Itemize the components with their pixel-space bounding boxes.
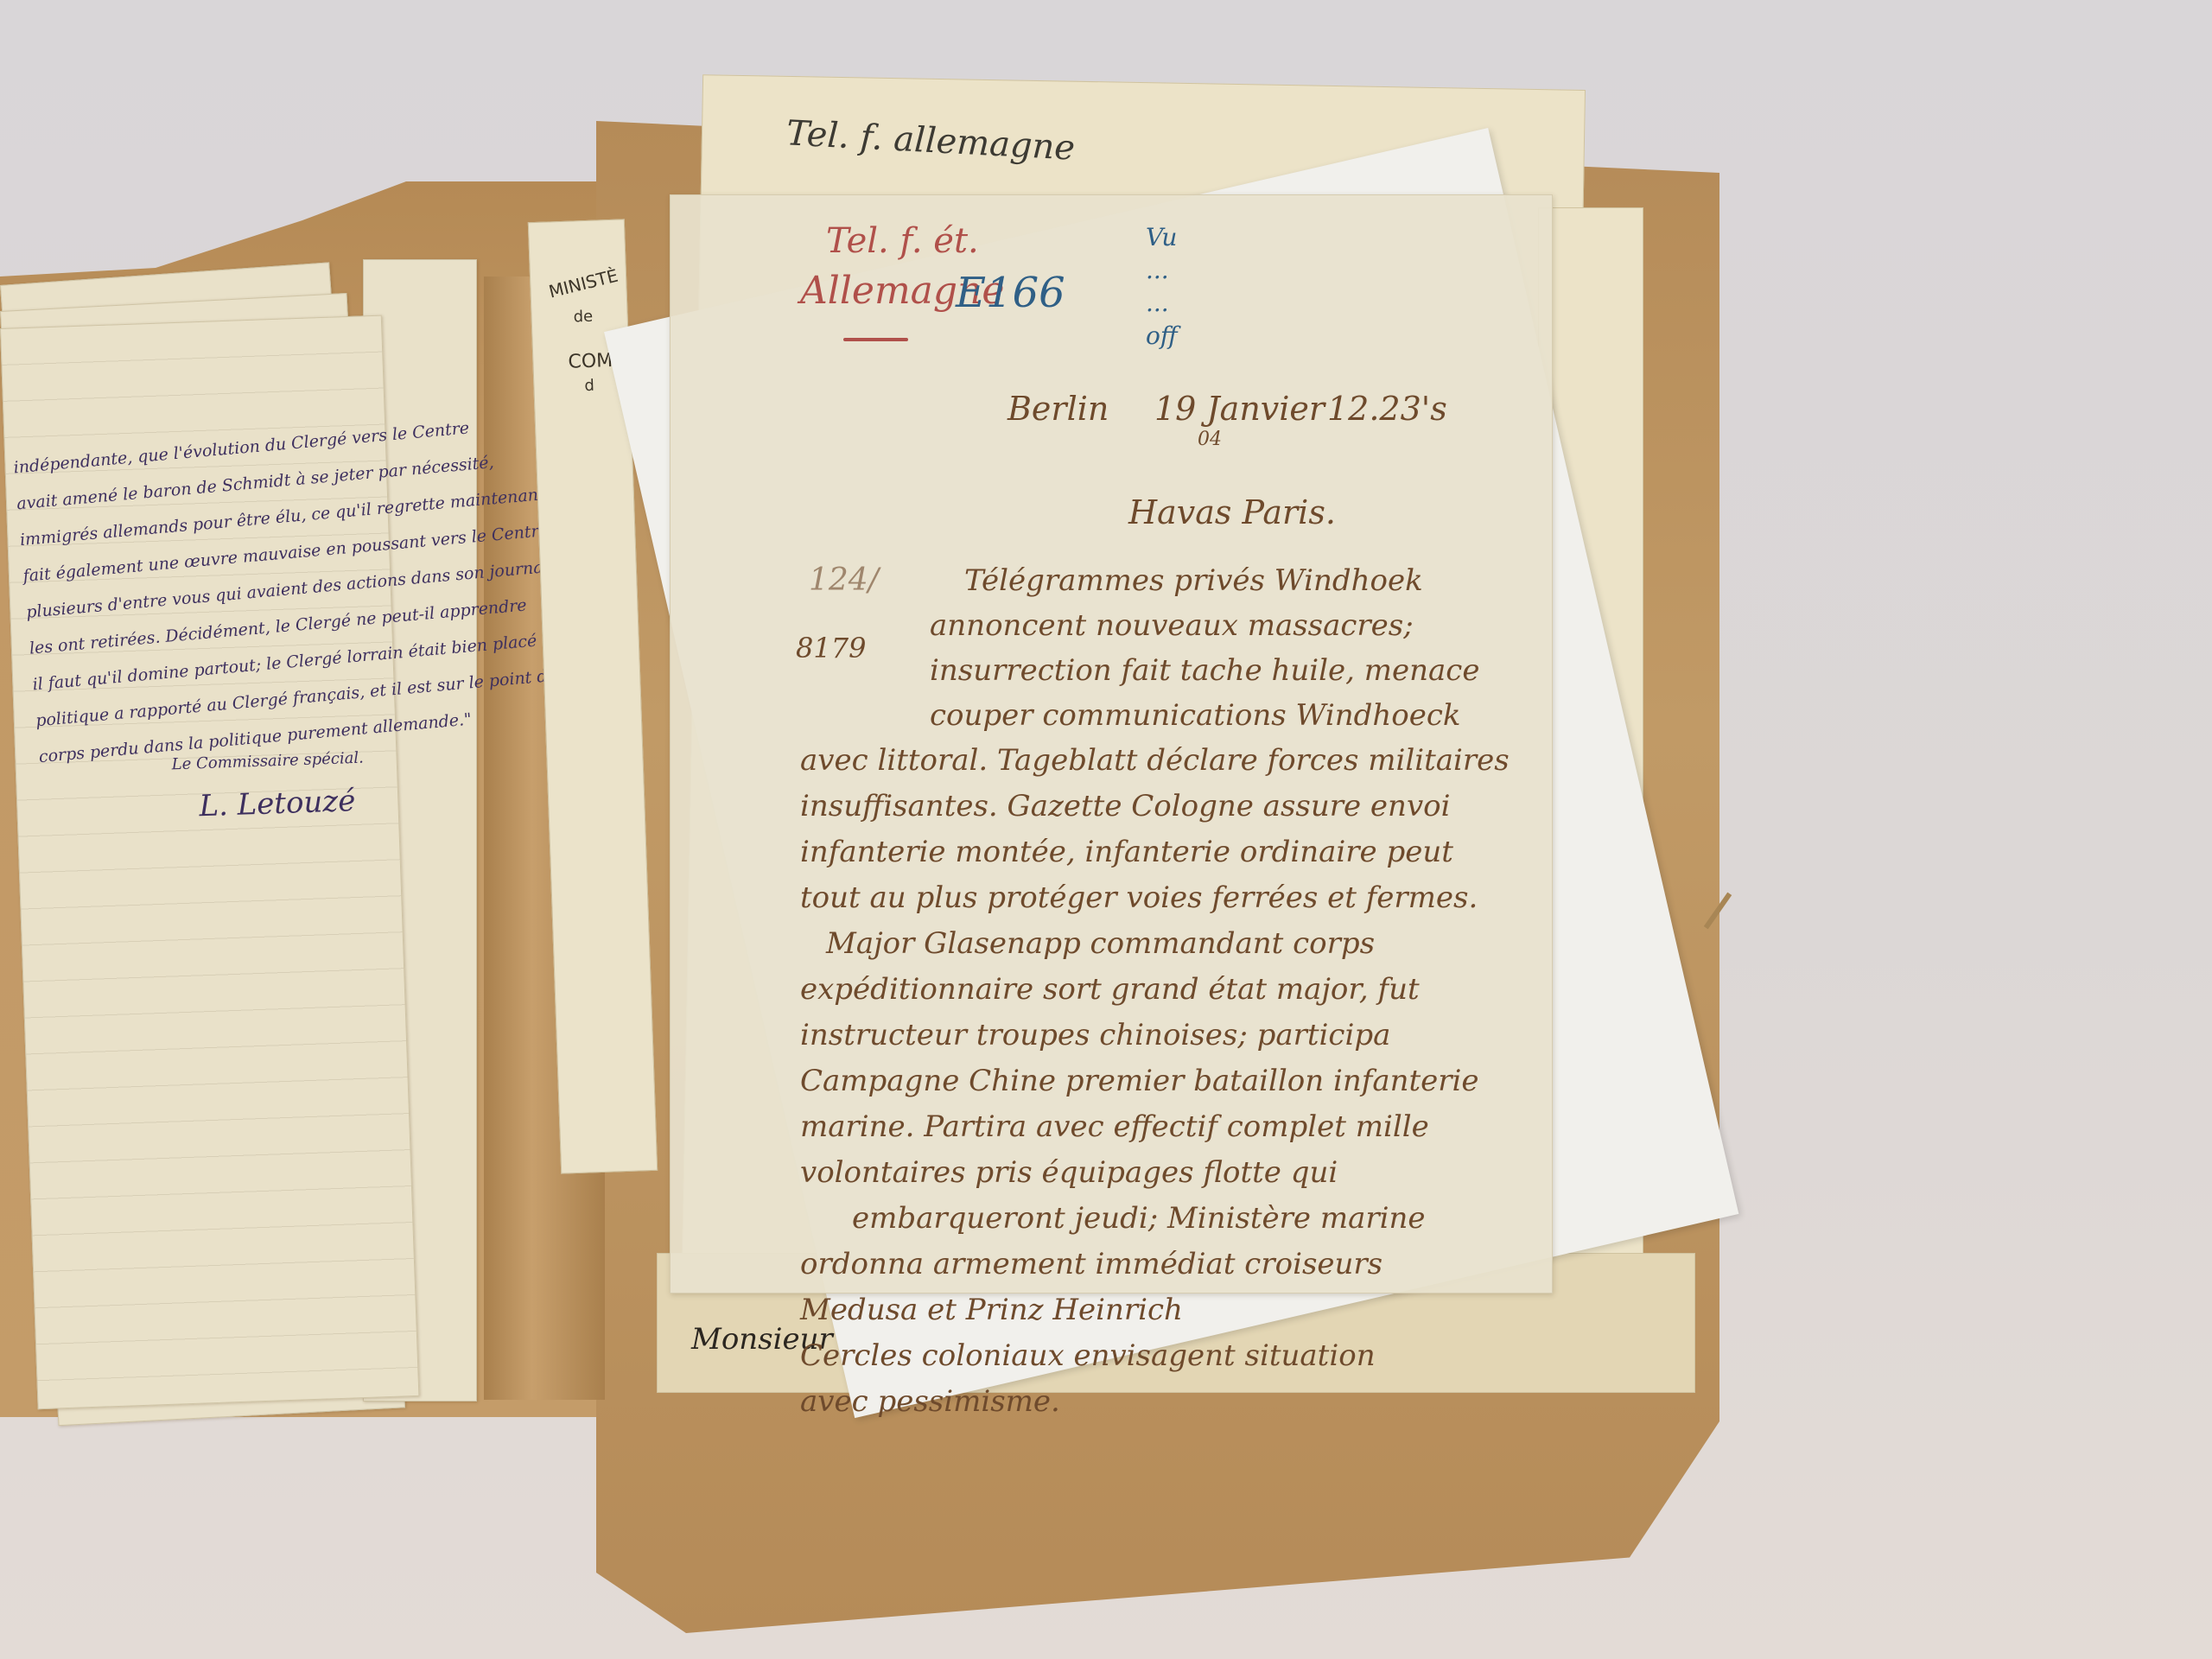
telegram-body-line: infanterie montée, infanterie ordinaire … [800,829,1510,875]
letterhead-d: d [584,377,594,395]
telegram-body-line: insuffisantes. Gazette Cologne assure en… [800,784,1510,829]
telegram-body-line: tout au plus protéger voies ferrées et f… [800,875,1510,921]
telegram-body-line: Campagne Chine premier bataillon infante… [800,1058,1510,1104]
telegram-sheet: Tel. f. ét. Allemagne E166 Vu ... ... of… [670,194,1553,1294]
telegram-origin: Berlin [1007,390,1109,428]
telegram-body-line: avec pessimisme. [800,1379,1510,1425]
blue-reference-number: E166 [956,269,1065,317]
left-letter-text: indépendante, que l'évolution du Clergé … [12,402,588,775]
telegram-body-line: Télégrammes privés Windhoek [964,558,1479,603]
telegram-body-line: Major Glasenapp commandant corps [826,921,1510,967]
telegram-year: 04 [1198,429,1222,450]
telegram-body-line: avec littoral. Tageblatt déclare forces … [800,738,1510,784]
telegram-margin-code: 124/ [809,563,879,598]
telegram-time: 12.23's [1327,390,1447,428]
telegram-body-line: Medusa et Prinz Heinrich [800,1287,1510,1333]
telegram-date: 19 Janvier [1154,390,1325,428]
blue-annotation-line: ... [1146,254,1178,287]
blue-annotation-line: ... [1146,287,1178,320]
letterhead-ministere: MINISTÈ [547,265,620,302]
left-letter-page: indépendante, que l'évolution du Clergé … [0,315,419,1410]
telegram-body-indent: Télégrammes privés Windhoek annoncent no… [964,558,1479,738]
telegram-body-line: expéditionnaire sort grand état major, f… [800,967,1510,1013]
blue-annotation: Vu ... ... off [1146,221,1178,353]
telegram-body-line: annoncent nouveaux massacres; [930,603,1479,648]
telegram-body-line: instructeur troupes chinoises; participa [800,1013,1510,1058]
blue-annotation-line: off [1146,320,1178,353]
red-underline [843,338,908,341]
telegram-body-line: volontaires pris équipages flotte qui [800,1150,1510,1196]
telegram-body-line: Cercles coloniaux envisagent situation [800,1333,1510,1379]
red-annotation-line1: Tel. f. ét. [826,221,979,261]
telegram-margin-number: 8179 [796,632,866,664]
telegram-body: avec littoral. Tageblatt déclare forces … [800,738,1510,1425]
telegram-body-line: embarqueront jeudi; Ministère marine [852,1196,1510,1242]
telegram-addressee: Havas Paris. [1128,493,1336,531]
letterhead-com: COM [568,350,613,373]
telegram-body-line: insurrection fait tache huile, menace [930,648,1479,693]
letterhead-de: de [573,308,593,327]
left-letter-signature: L. Letouzé [199,784,356,823]
telegram-body-line: ordonna armement immédiat croiseurs [800,1242,1510,1287]
telegram-body-line: marine. Partira avec effectif complet mi… [800,1104,1510,1150]
blue-annotation-line: Vu [1146,221,1178,254]
telegram-body-line: couper communications Windhoeck [930,693,1479,738]
